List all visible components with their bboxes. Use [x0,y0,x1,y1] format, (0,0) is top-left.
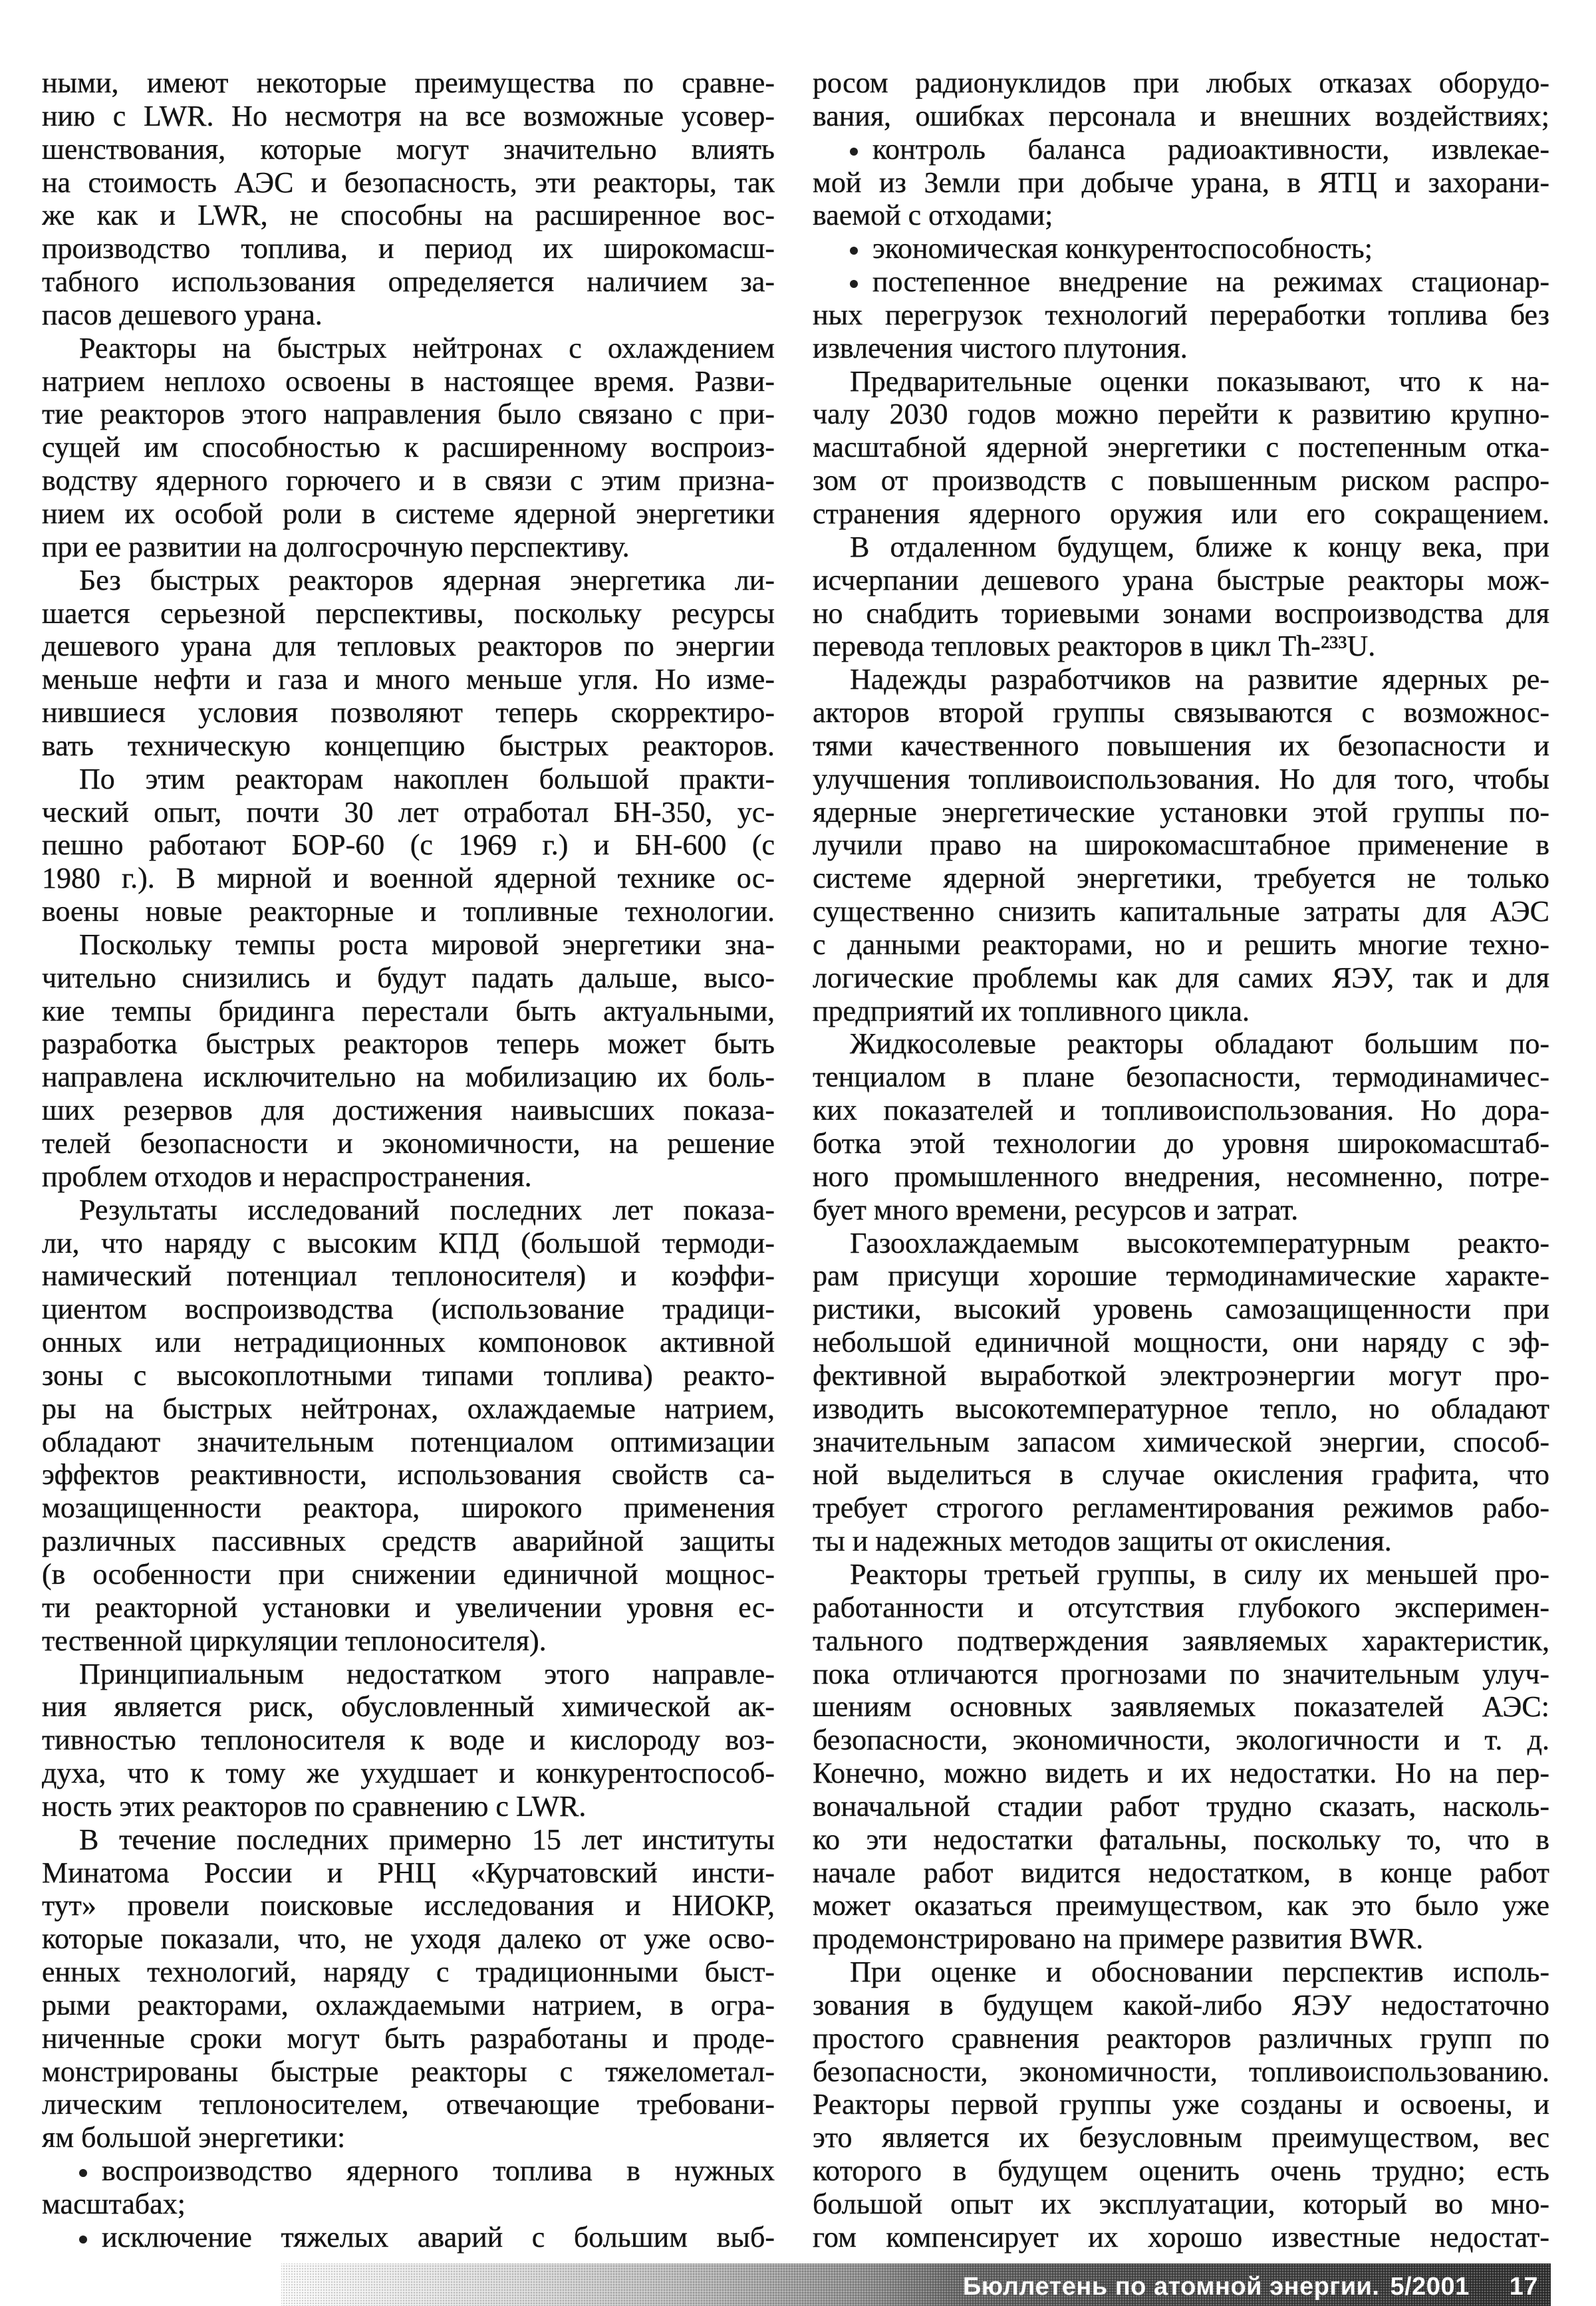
text-line: пока отличаются прогнозами по значительн… [813,1658,1549,1691]
text-line: тественной циркуляции теплоносителя). [42,1624,775,1658]
footer-banner: Бюллетень по атомной энергии. 5/2001 17 [281,2263,1551,2306]
paragraph-first-line: Реакторы третьей группы, в силу их меньш… [813,1558,1549,1591]
text-line: телей безопасности и экономичности, на р… [42,1127,775,1160]
text-line: улучшения топливоиспользования. Но для т… [813,763,1549,796]
text-line: направлена исключительно на мобилизацию … [42,1061,775,1094]
paragraph-first-line: Поскольку темпы роста мировой энергетики… [42,928,775,961]
text-line: табного использования определяется налич… [42,265,775,299]
bullet-list-item: воспроизводство ядерного топлива в нужны… [42,2154,775,2188]
text-line: кие темпы бридинга перестали быть актуал… [42,995,775,1028]
text-line: лучили право на широкомасштабное примене… [813,829,1549,862]
running-footer: Бюллетень по атомной энергии. 5/2001 17 [963,2272,1538,2301]
text-line: дешевого урана для тепловых реакторов по… [42,630,775,663]
bullet-icon [850,280,858,288]
text-line: простого сравнения реакторов различных г… [813,2022,1549,2055]
text-line: чалу 2030 годов можно перейти к развитию… [813,398,1549,431]
paragraph-first-line: При оценке и обосновании перспектив испо… [813,1956,1549,1989]
text-line: росом радионуклидов при любых отказах об… [813,66,1549,100]
text-line: ных перегрузок технологий переработки то… [813,299,1549,332]
text-line: значительным запасом химической энергии,… [813,1426,1549,1459]
text-line: ными, имеют некоторые преимущества по ср… [42,66,775,100]
text-line: перевода тепловых реакторов в цикл Th-²³… [813,630,1549,663]
text-line: начале работ видится недостатком, в конц… [813,1857,1549,1890]
text-line: енных технологий, наряду с традиционными… [42,1956,775,1989]
paragraph-first-line: Результаты исследований последних лет по… [42,1194,775,1227]
text-line: при ее развитии на долгосрочную перспект… [42,531,775,564]
text-line: натрием неплохо освоены в настоящее врем… [42,365,775,398]
text-line: шается серьезной перспективы, поскольку … [42,597,775,630]
text-line: странения ядерного оружия или его сокращ… [813,497,1549,531]
bullet-icon [79,2169,87,2177]
text-line: обладают значительным потенциалом оптими… [42,1426,775,1459]
text-line: водству ядерного горючего и в связи с эт… [42,464,775,497]
text-line: ной выделиться в случае окисления графит… [813,1458,1549,1491]
text-line: пешно работают БОР-60 (с 1969 г.) и БН-6… [42,829,775,862]
text-line: бует много времени, ресурсов и затрат. [813,1194,1549,1227]
text-line: на стоимость АЭС и безопасность, эти реа… [42,166,775,199]
text-line: же как и LWR, не способны на расширенное… [42,199,775,232]
text-line: вать техническую концепцию быстрых реакт… [42,729,775,763]
text-line: производство топлива, и период их широко… [42,232,775,265]
text-line: монстрированы быстрые реакторы с тяжелом… [42,2055,775,2089]
paragraph-first-line: Без быстрых реакторов ядерная энергетика… [42,564,775,597]
paragraph-first-line: Реакторы на быстрых нейтронах с охлажден… [42,332,775,365]
text-line: ям большой энергетики: [42,2121,775,2154]
text-line: различных пассивных средств аварийной за… [42,1525,775,1558]
text-line: тут» провели поисковые исследования и НИ… [42,1889,775,1922]
text-line: ших резервов для достижения наивысших по… [42,1094,775,1127]
text-line: исчерпании дешевого урана быстрые реакто… [813,564,1549,597]
text-line: рыми реакторами, охлаждаемыми натрием, в… [42,1989,775,2022]
text-line: мозащищенности реактора, широкого примен… [42,1491,775,1525]
text-line: ного промышленного внедрения, несомненно… [813,1160,1549,1194]
text-line: ты и надежных методов защиты от окислени… [813,1525,1549,1558]
bullet-icon [850,148,858,156]
text-line: мой из Земли при добыче урана, в ЯТЦ и з… [813,166,1549,199]
text-line: воначальной стадии работ трудно сказать,… [813,1790,1549,1823]
page-number: 17 [1510,2272,1538,2301]
text-line: извлечения чистого плутония. [813,332,1549,365]
issue-number: 5/2001 [1390,2272,1469,2301]
text-line: с данными реакторами, но и решить многие… [813,928,1549,961]
text-line: ботка этой технологии до уровня широкома… [813,1127,1549,1160]
text-line: нившиеся условия позволяют теперь скорре… [42,696,775,729]
text-line: это является их безусловным преимущество… [813,2121,1549,2154]
column-right: росом радионуклидов при любых отказах об… [813,66,1549,2254]
text-line: ваемой с отходами; [813,199,1549,232]
paragraph-first-line: Надежды разработчиков на развитие ядерны… [813,663,1549,696]
column-left: ными, имеют некоторые преимущества по ср… [42,66,775,2254]
text-line: тями качественного повышения их безопасн… [813,729,1549,763]
text-line: ядерные энергетические установки этой гр… [813,796,1549,829]
text-line: шениям основных заявляемых показателей А… [813,1690,1549,1724]
text-line: ких показателей и топливоиспользования. … [813,1094,1549,1127]
text-line: чительно снизились и будут падать дальше… [42,961,775,995]
text-line: существенно снизить капитальные затраты … [813,895,1549,928]
bullet-text: контроль баланса радиоактивности, извлек… [872,133,1549,166]
text-line: требует строгого регламентирования режим… [813,1491,1549,1525]
text-line: но снабдить ториевыми зонами воспроизвод… [813,597,1549,630]
text-line: зоны с высокоплотными типами топлива) ре… [42,1359,775,1392]
bullet-list-item: контроль баланса радиоактивности, извлек… [813,133,1549,166]
text-line: масштабной ядерной энергетики с постепен… [813,431,1549,464]
text-line: нию с LWR. Но несмотря на все возможные … [42,100,775,133]
text-line: Конечно, можно видеть и их недостатки. Н… [813,1757,1549,1790]
bullet-icon [850,247,858,255]
text-line: ти реакторной установки и увеличении уро… [42,1591,775,1624]
text-line: тивностью теплоносителя к воде и кислоро… [42,1724,775,1757]
bullet-text: воспроизводство ядерного топлива в нужны… [102,2154,775,2187]
text-line: логические проблемы как для самих ЯЭУ, т… [813,961,1549,995]
text-line: 1980 г.). В мирной и военной ядерной тех… [42,862,775,895]
text-line: шенствования, которые могут значительно … [42,133,775,166]
text-line: разработка быстрых реакторов теперь може… [42,1027,775,1061]
bullet-list-item: исключение тяжелых аварий с большим выб- [42,2221,775,2254]
bullet-icon [79,2236,87,2243]
text-line: которого в будущем оценить очень трудно;… [813,2154,1549,2188]
paragraph-first-line: Жидкосолевые реакторы обладают большим п… [813,1027,1549,1061]
text-line: рам присущи хорошие термодинамические ха… [813,1259,1549,1293]
text-line: ность этих реакторов по сравнению с LWR. [42,1790,775,1823]
text-line: масштабах; [42,2188,775,2221]
text-line: тенциалом в плане безопасности, термодин… [813,1061,1549,1094]
text-line: пасов дешевого урана. [42,299,775,332]
text-line: ко эти недостатки фатальны, поскольку то… [813,1823,1549,1857]
text-line: зом от производств с повышенным риском р… [813,464,1549,497]
text-line: безопасности, экономичности, экологичнос… [813,1724,1549,1757]
text-line: продемонстрировано на примере развития B… [813,1922,1549,1956]
paragraph-first-line: Предварительные оценки показывают, что к… [813,365,1549,398]
text-line: может оказаться преимуществом, как это б… [813,1889,1549,1922]
paragraph-first-line: В течение последних примерно 15 лет инст… [42,1823,775,1857]
text-line: ли, что наряду с высоким КПД (большой те… [42,1227,775,1260]
bullet-text: экономическая конкурентоспособность; [872,232,1373,265]
text-line: онных или нетрадиционных компоновок акти… [42,1326,775,1359]
text-line: Реакторы первой группы уже созданы и осв… [813,2088,1549,2121]
paragraph-first-line: Газоохлаждаемым высокотемпературным реак… [813,1227,1549,1260]
text-line: проблем отходов и нераспространения. [42,1160,775,1194]
text-line: (в особенности при снижении единичной мо… [42,1558,775,1591]
text-line: фективной выработкой электроэнергии могу… [813,1359,1549,1392]
bullet-list-item: постепенное внедрение на режимах стацион… [813,265,1549,299]
text-line: зования в будущем какой-либо ЯЭУ недоста… [813,1989,1549,2022]
text-line: тального подтверждения заявляемых характ… [813,1624,1549,1658]
bullet-list-item: экономическая конкурентоспособность; [813,232,1549,265]
paragraph-first-line: По этим реакторам накоплен большой практ… [42,763,775,796]
text-line: ческий опыт, почти 30 лет отработал БН-3… [42,796,775,829]
bullet-text: исключение тяжелых аварий с большим выб- [102,2221,775,2253]
text-line: тие реакторов этого направления было свя… [42,398,775,431]
text-line: ния является риск, обусловленный химичес… [42,1690,775,1724]
text-line: воены новые реакторные и топливные техно… [42,895,775,928]
text-line: большой опыт их эксплуатации, который во… [813,2188,1549,2221]
text-line: ры на быстрых нейтронах, охлаждаемые нат… [42,1392,775,1426]
text-line: эффектов реактивности, использования сво… [42,1458,775,1491]
journal-title: Бюллетень по атомной энергии. [963,2272,1380,2301]
bullet-text: постепенное внедрение на режимах стацион… [872,265,1549,298]
text-line: духа, что к тому же ухудшает и конкурент… [42,1757,775,1790]
text-line: работанности и отсутствия глубокого эксп… [813,1591,1549,1624]
text-line: которые показали, что, не уходя далеко о… [42,1922,775,1956]
text-line: акторов второй группы связываются с возм… [813,696,1549,729]
text-line: безопасности, экономичности, топливоиспо… [813,2055,1549,2089]
text-line: нием их особой роли в системе ядерной эн… [42,497,775,531]
paragraph-first-line: Принципиальным недостатком этого направл… [42,1658,775,1691]
text-line: небольшой единичной мощности, они наряду… [813,1326,1549,1359]
text-line: изводить высокотемпературное тепло, но о… [813,1392,1549,1426]
text-line: циентом воспроизводства (использование т… [42,1293,775,1326]
text-line: предприятий их топливного цикла. [813,995,1549,1028]
text-line: ниченные сроки могут быть разработаны и … [42,2022,775,2055]
text-line: ристики, высокий уровень самозащищенност… [813,1293,1549,1326]
text-line: Минатома России и РНЦ «Курчатовский инст… [42,1857,775,1890]
text-line: вания, ошибках персонала и внешних возде… [813,100,1549,133]
text-line: системе ядерной энергетики, требуется не… [813,862,1549,895]
paragraph-first-line: В отдаленном будущем, ближе к концу века… [813,531,1549,564]
text-line: гом компенсирует их хорошо известные нед… [813,2221,1549,2254]
text-line: лическим теплоносителем, отвечающие треб… [42,2088,775,2121]
text-line: намический потенциал теплоносителя) и ко… [42,1259,775,1293]
text-line: меньше нефти и газа и много меньше угля.… [42,663,775,696]
text-line: сущей им способностью к расширенному вос… [42,431,775,464]
